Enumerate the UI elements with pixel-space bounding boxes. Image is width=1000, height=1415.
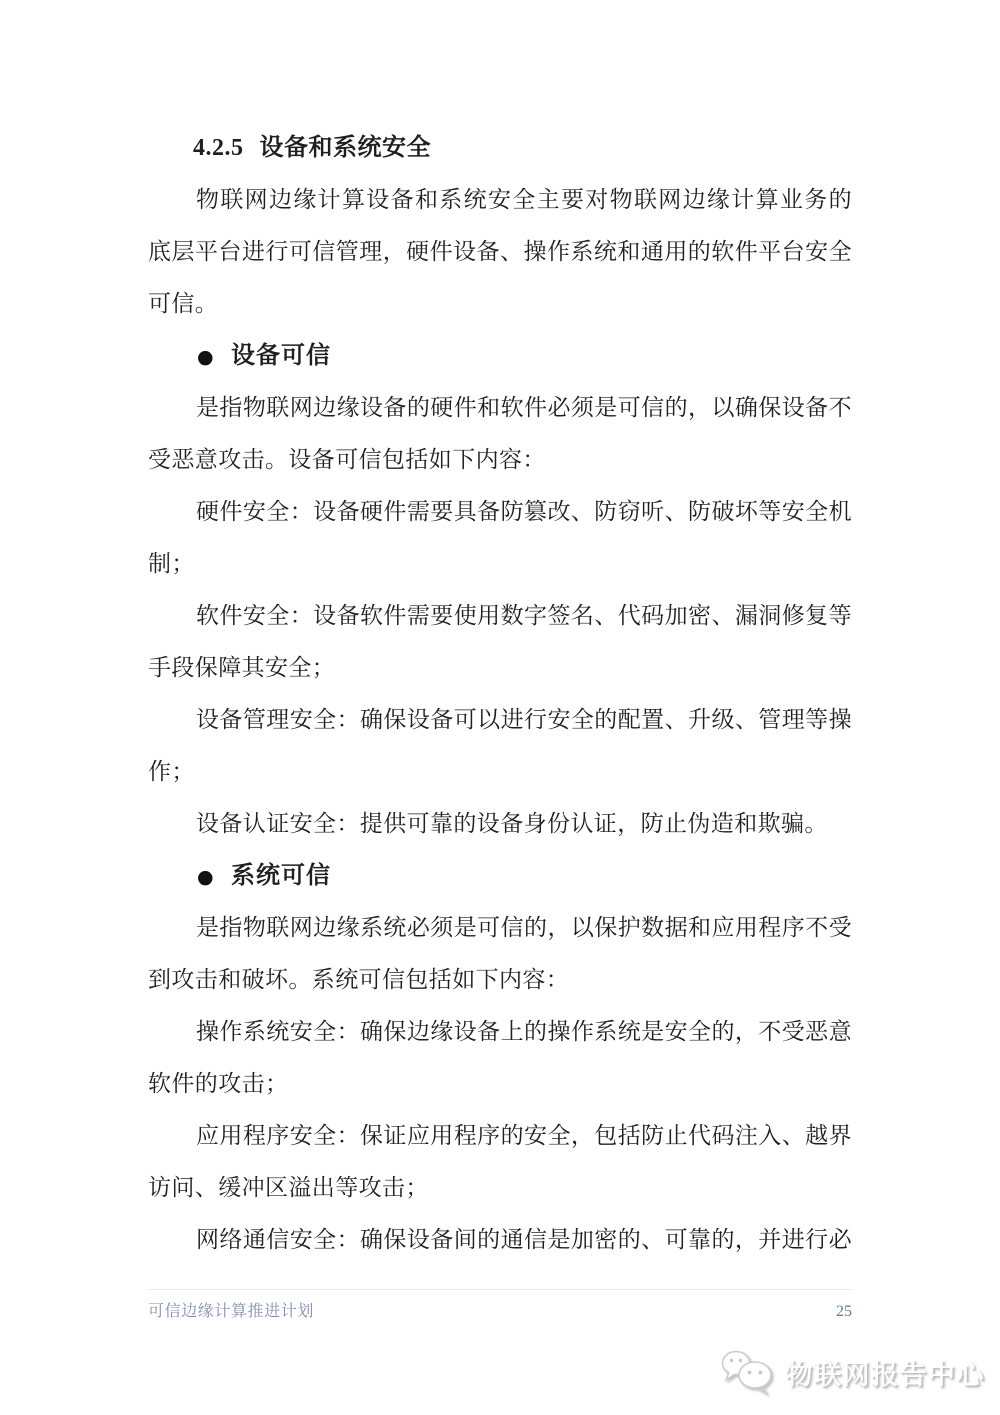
text-line: 作； <box>148 746 852 798</box>
bullet-label: 设备可信 <box>231 343 331 369</box>
text-line: 受恶意攻击。设备可信包括如下内容： <box>148 434 852 486</box>
bullet-icon: ● <box>197 866 214 888</box>
watermark-text: 物联网报告中心 <box>786 1353 986 1392</box>
page-number: 25 <box>836 1303 852 1321</box>
bullet-icon: ● <box>197 346 214 368</box>
text-line: 操作系统安全：确保边缘设备上的操作系统是安全的，不受恶意 <box>148 1006 852 1058</box>
text-line: 设备认证安全：提供可靠的设备身份认证，防止伪造和欺骗。 <box>148 798 852 850</box>
bullet-item: ●设备可信 <box>148 330 852 382</box>
watermark-badge: 物联网报告中心 <box>719 1348 986 1396</box>
text-line: 到攻击和破坏。系统可信包括如下内容： <box>148 954 852 1006</box>
text-line: 软件安全：设备软件需要使用数字签名、代码加密、漏洞修复等 <box>148 590 852 642</box>
section-number: 4.2.5 <box>193 135 244 161</box>
text-line: 底层平台进行可信管理，硬件设备、操作系统和通用的软件平台安全 <box>148 226 852 278</box>
text-line: 制； <box>148 538 852 590</box>
text-line: 访问、缓冲区溢出等攻击； <box>148 1162 852 1214</box>
section-title: 设备和系统安全 <box>260 135 432 161</box>
text-line: 可信。 <box>148 278 852 330</box>
page-footer: 可信边缘计算推进计划 25 <box>148 1289 852 1321</box>
bullet-label: 系统可信 <box>231 863 331 889</box>
text-line: 是指物联网边缘系统必须是可信的，以保护数据和应用程序不受 <box>148 902 852 954</box>
text-line: 软件的攻击； <box>148 1058 852 1110</box>
text-line: 硬件安全：设备硬件需要具备防篡改、防窃听、防破坏等安全机 <box>148 486 852 538</box>
text-line: 物联网边缘计算设备和系统安全主要对物联网边缘计算业务的 <box>148 174 852 226</box>
body-lines: 物联网边缘计算设备和系统安全主要对物联网边缘计算业务的底层平台进行可信管理，硬件… <box>148 174 852 1266</box>
text-line: 应用程序安全：保证应用程序的安全，包括防止代码注入、越界 <box>148 1110 852 1162</box>
text-line: 手段保障其安全； <box>148 642 852 694</box>
wechat-icon <box>719 1348 777 1396</box>
text-line: 是指物联网边缘设备的硬件和软件必须是可信的，以确保设备不 <box>148 382 852 434</box>
document-page: { "page": { "background": "#ffffff", "te… <box>0 0 1000 1415</box>
section-heading: 4.2.5设备和系统安全 <box>148 122 852 174</box>
text-line: 网络通信安全：确保设备间的通信是加密的、可靠的，并进行必 <box>148 1214 852 1266</box>
text-line: 设备管理安全：确保设备可以进行安全的配置、升级、管理等操 <box>148 694 852 746</box>
bullet-item: ●系统可信 <box>148 850 852 902</box>
footer-document-title: 可信边缘计算推进计划 <box>148 1298 314 1321</box>
document-content: 4.2.5设备和系统安全 物联网边缘计算设备和系统安全主要对物联网边缘计算业务的… <box>148 122 852 1266</box>
